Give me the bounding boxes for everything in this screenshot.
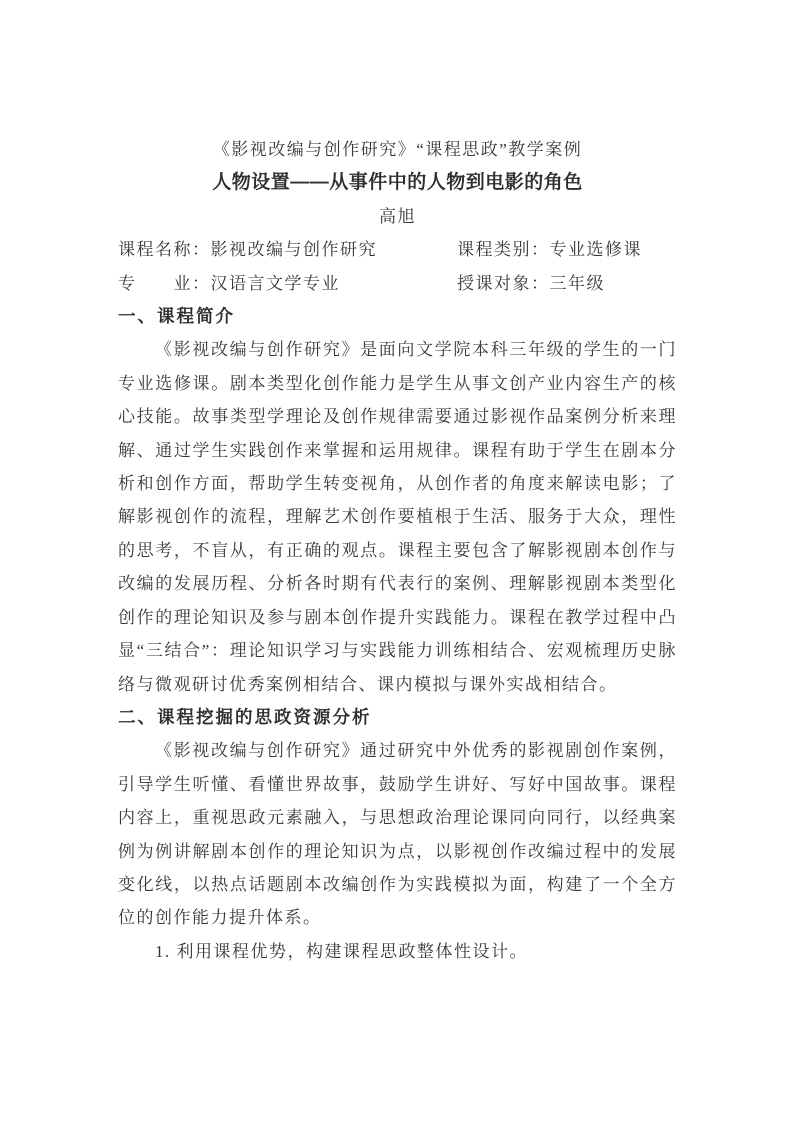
course-type-label: 课程类别： (457, 240, 550, 259)
audience-label: 授课对象： (457, 274, 550, 293)
section-1-heading: 一、课程简介 (118, 300, 677, 333)
doc-title: 人物设置——从事件中的人物到电影的角色 (118, 166, 677, 199)
major-field: 专 业：汉语言文学专业 (118, 267, 457, 300)
course-meta-table: 课程名称：影视改编与创作研究 课程类别：专业选修课 专 业：汉语言文学专业 授课… (118, 233, 677, 300)
document-page: 《影视改编与创作研究》“课程思政”教学案例 人物设置——从事件中的人物到电影的角… (0, 0, 794, 1123)
course-meta-row-2: 专 业：汉语言文学专业 授课对象：三年级 (118, 267, 677, 300)
section-2-numbered-point-1: 1. 利用课程优势，构建课程思政整体性设计。 (118, 935, 677, 968)
audience-field: 授课对象：三年级 (457, 267, 677, 300)
course-type-value: 专业选修课 (550, 240, 643, 259)
doc-subtitle: 《影视改编与创作研究》“课程思政”教学案例 (118, 133, 677, 166)
section-1-paragraph-1: 《影视改编与创作研究》是面向文学院本科三年级的学生的一门专业选修课。剧本类型化创… (118, 333, 677, 700)
audience-value: 三年级 (550, 274, 606, 293)
course-name-field: 课程名称：影视改编与创作研究 (118, 233, 457, 266)
section-2-paragraph-1: 《影视改编与创作研究》通过研究中外优秀的影视剧创作案例，引导学生听懂、看懂世界故… (118, 734, 677, 934)
course-type-field: 课程类别：专业选修课 (457, 233, 677, 266)
course-name-label: 课程名称： (118, 240, 211, 259)
major-value: 汉语言文学专业 (211, 274, 341, 293)
section-2-heading: 二、课程挖掘的思政资源分析 (118, 701, 677, 734)
major-label: 专 业： (118, 274, 211, 293)
doc-author: 高旭 (118, 200, 677, 233)
course-name-value: 影视改编与创作研究 (211, 240, 378, 259)
course-meta-row-1: 课程名称：影视改编与创作研究 课程类别：专业选修课 (118, 233, 677, 266)
